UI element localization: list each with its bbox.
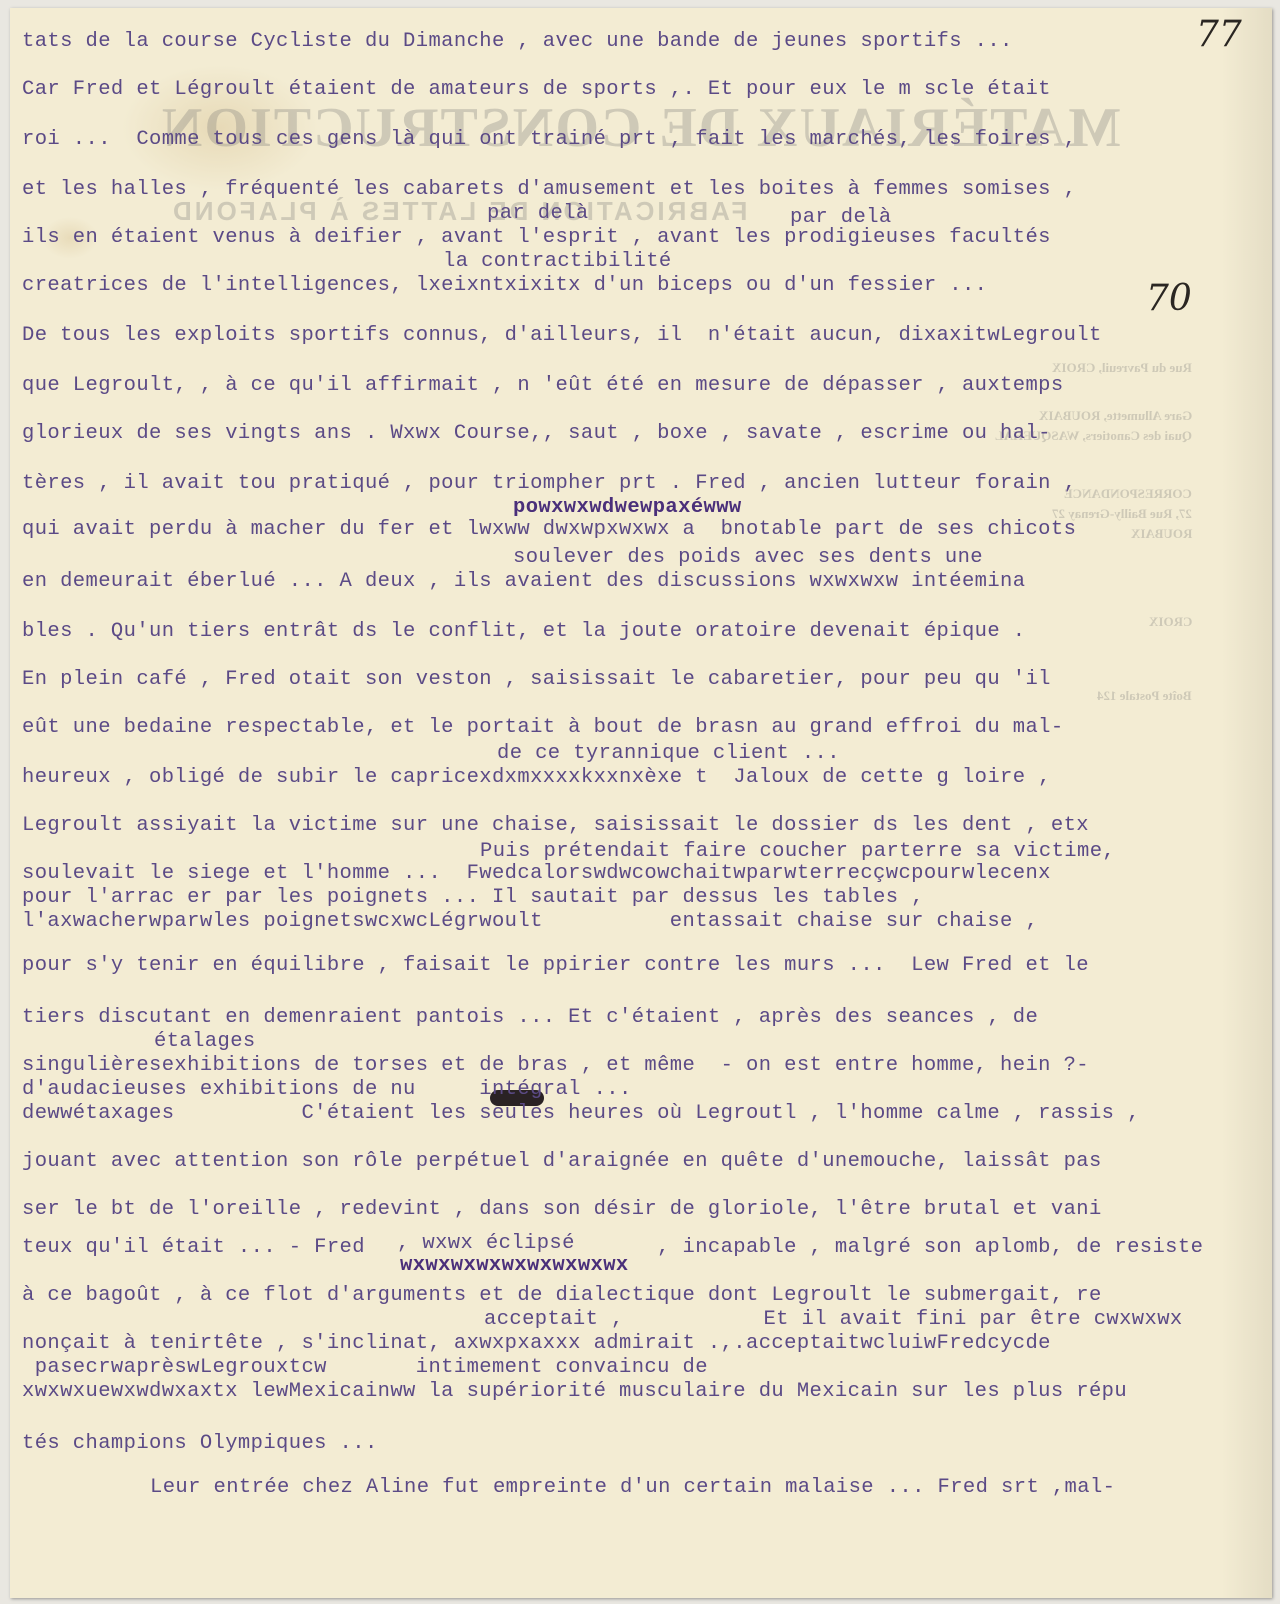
typed-line: roi ... Comme tous ces gens là qui ont t… <box>22 128 1076 151</box>
letterhead-address-1: Rue du Pavreuil, CROIX <box>1052 360 1192 376</box>
interlinear-insertion: acceptait , Et il avait fini par être cw… <box>484 1308 1183 1331</box>
interlinear-insertion: soulever des poids avec ses dents une <box>513 546 983 569</box>
typed-line: et les halles , fréquenté les cabarets d… <box>22 178 1076 201</box>
typed-line: que Legroult, , à ce qu'il affirmait , n… <box>22 374 1064 397</box>
interlinear-insertion: de ce tyrannique client ... <box>497 742 840 765</box>
typed-line: nonçait à tenirtête , s'inclinat, axwxpx… <box>22 1332 1051 1355</box>
typed-line: qui avait perdu à macher du fer et lwxww… <box>22 518 1076 541</box>
typed-line: eût une bedaine respectable, et le porta… <box>22 716 1064 739</box>
typed-line: ils en étaient venus à deifier , avant l… <box>22 226 1051 249</box>
typed-line: pour l'arrac er par les poignets ... Il … <box>22 886 924 909</box>
letterhead-address-8: Boîte Postale 124 <box>1097 688 1192 704</box>
typed-line: d'audacieuses exhibitions de nu intégral… <box>22 1078 632 1101</box>
interlinear-insertion: , wxwx éclipsé <box>397 1232 575 1255</box>
typed-line: soulevait le siege et l'homme ... Fwedca… <box>22 862 1051 885</box>
interlinear-insertion: étalages <box>154 1030 256 1053</box>
typed-line: Legroult assiyait la victime sur une cha… <box>22 814 1089 837</box>
handwritten-margin-number: 70 <box>1146 278 1192 319</box>
typed-line: glorieux de ses vingts ans . Wxwx Course… <box>22 422 1051 445</box>
typed-line: pour s'y tenir en équilibre , faisait le… <box>22 954 1089 977</box>
typed-line: ser le bt de l'oreille , redevint , dans… <box>22 1198 1102 1221</box>
typewritten-page: MATÉRIAUX DE CONSTRUCTION FABRICATION DE… <box>10 8 1272 1598</box>
letterhead-address-4: CORRESPONDANCE <box>1064 486 1192 502</box>
struck-out-text: powxwxwdwewpaxéwww <box>513 496 742 519</box>
interlinear-insertion: par delà <box>487 202 589 225</box>
typed-line: tats de la course Cycliste du Dimanche ,… <box>22 30 1013 53</box>
typed-line: dewwétaxages C'étaient les seules heures… <box>22 1102 1140 1125</box>
typed-line: heureux , obligé de subir le capricexdxm… <box>22 766 1051 789</box>
handwritten-page-number: 77 <box>1196 14 1242 55</box>
letterhead-address-6: ROUBAIX <box>1131 526 1192 542</box>
typed-line: En plein café , Fred otait son veston , … <box>22 668 1051 691</box>
typed-line: Leur entrée chez Aline fut empreinte d'u… <box>150 1476 1115 1499</box>
letterhead-address-7: CROIX <box>1149 614 1192 630</box>
typed-line: tiers discutant en demenraient pantois .… <box>22 1006 1038 1029</box>
letterhead-address-2: Gare Allumette, ROUBAIX <box>1039 408 1192 424</box>
typed-line: xwxwxuewxwdwxaxtx lewMexicainww la supér… <box>22 1380 1127 1403</box>
typed-line: singulièresexhibitions de torses et de b… <box>22 1054 1089 1077</box>
typed-line: Car Fred et Légroult étaient de amateurs… <box>22 78 1051 101</box>
typed-line: tés champions Olympiques ... <box>22 1432 378 1455</box>
typed-line: jouant avec attention son rôle perpétuel… <box>22 1150 1102 1173</box>
typed-line: l'axwacherwparwles poignetswcxwcLégrwoul… <box>22 910 1038 933</box>
typed-line: bles . Qu'un tiers entrât ds le conflit,… <box>22 620 1025 643</box>
typed-line: pasecrwaprèswLegrouxtcw intimement conva… <box>22 1356 708 1379</box>
struck-out-text: wxwxwxwxwxwxwxwxwx <box>400 1254 629 1277</box>
typed-line: creatrices de l'intelligences, lxeixntxi… <box>22 274 987 297</box>
interlinear-insertion: Puis prétendait faire coucher parterre s… <box>480 840 1115 863</box>
typed-line: De tous les exploits sportifs connus, d'… <box>22 324 1102 347</box>
interlinear-insertion: la contractibilité <box>443 250 672 273</box>
typed-line: à ce bagoût , à ce flot d'arguments et d… <box>22 1284 1102 1307</box>
typed-line: en demeurait éberlué ... A deux , ils av… <box>22 570 1025 593</box>
typed-line: tères , il avait tou pratiqué , pour tri… <box>22 472 1076 495</box>
